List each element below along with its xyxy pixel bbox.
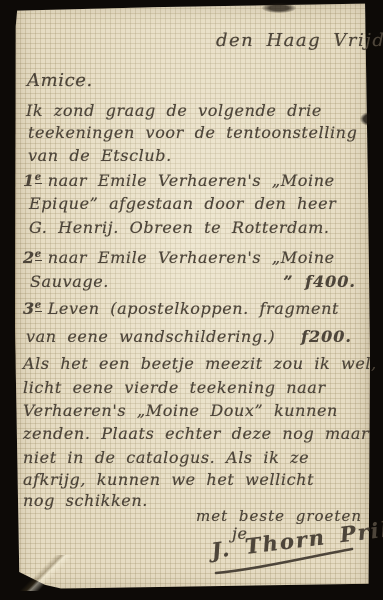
price-amount: f200. xyxy=(301,327,352,346)
list-item-2-line-1: 2enaar Emile Verhaeren's „Moine xyxy=(23,248,335,267)
photo-backdrop: den Haag Vrijdag. Amice. Ik zond graag d… xyxy=(0,0,383,600)
letter-line: Verhaeren's „Moine Doux” kunnen xyxy=(23,401,338,420)
list-item-2-line-2: Sauvage. ” f400. xyxy=(30,272,356,291)
item-marker: 1e xyxy=(23,171,42,190)
letter-line: teekeningen voor de tentoonstelling xyxy=(28,123,357,142)
letter-line: zenden. Plaats echter deze nog maar xyxy=(23,424,369,443)
letter-line: afkrijg, kunnen we het wellicht xyxy=(23,470,314,489)
salutation: Amice. xyxy=(27,70,93,91)
list-item-1-line-1: 1enaar Emile Verhaeren's „Moine xyxy=(23,171,335,190)
letter-line: van de Etsclub. xyxy=(28,146,172,165)
price-amount: ” f400. xyxy=(283,272,356,291)
letter-line: niet in de catalogus. Als ik ze xyxy=(23,448,309,467)
signature-underline xyxy=(213,546,355,576)
item-marker: 3e xyxy=(23,299,42,318)
paper-edge-nick xyxy=(360,112,370,126)
letter-line: Als het een beetje meezit zou ik wel, xyxy=(23,354,377,373)
letter-line: Ik zond graag de volgende drie xyxy=(26,101,322,120)
list-item-1-line-2: Epique” afgestaan door den heer xyxy=(29,194,336,213)
letter-line: licht eene vierde teekening naar xyxy=(23,378,326,397)
ink-smudge xyxy=(262,3,296,13)
list-item-3-line-1: 3eLeven (apostelkoppen. fragment xyxy=(23,299,339,318)
letter-line: nog schikken. xyxy=(23,491,148,510)
list-item-1-line-3: G. Henrij. Obreen te Rotterdam. xyxy=(29,218,330,237)
list-item-3-line-2: van eene wandschildering.) f200. xyxy=(26,327,352,346)
item-marker: 2e xyxy=(23,248,42,267)
dateline: den Haag Vrijdag. xyxy=(216,30,383,51)
